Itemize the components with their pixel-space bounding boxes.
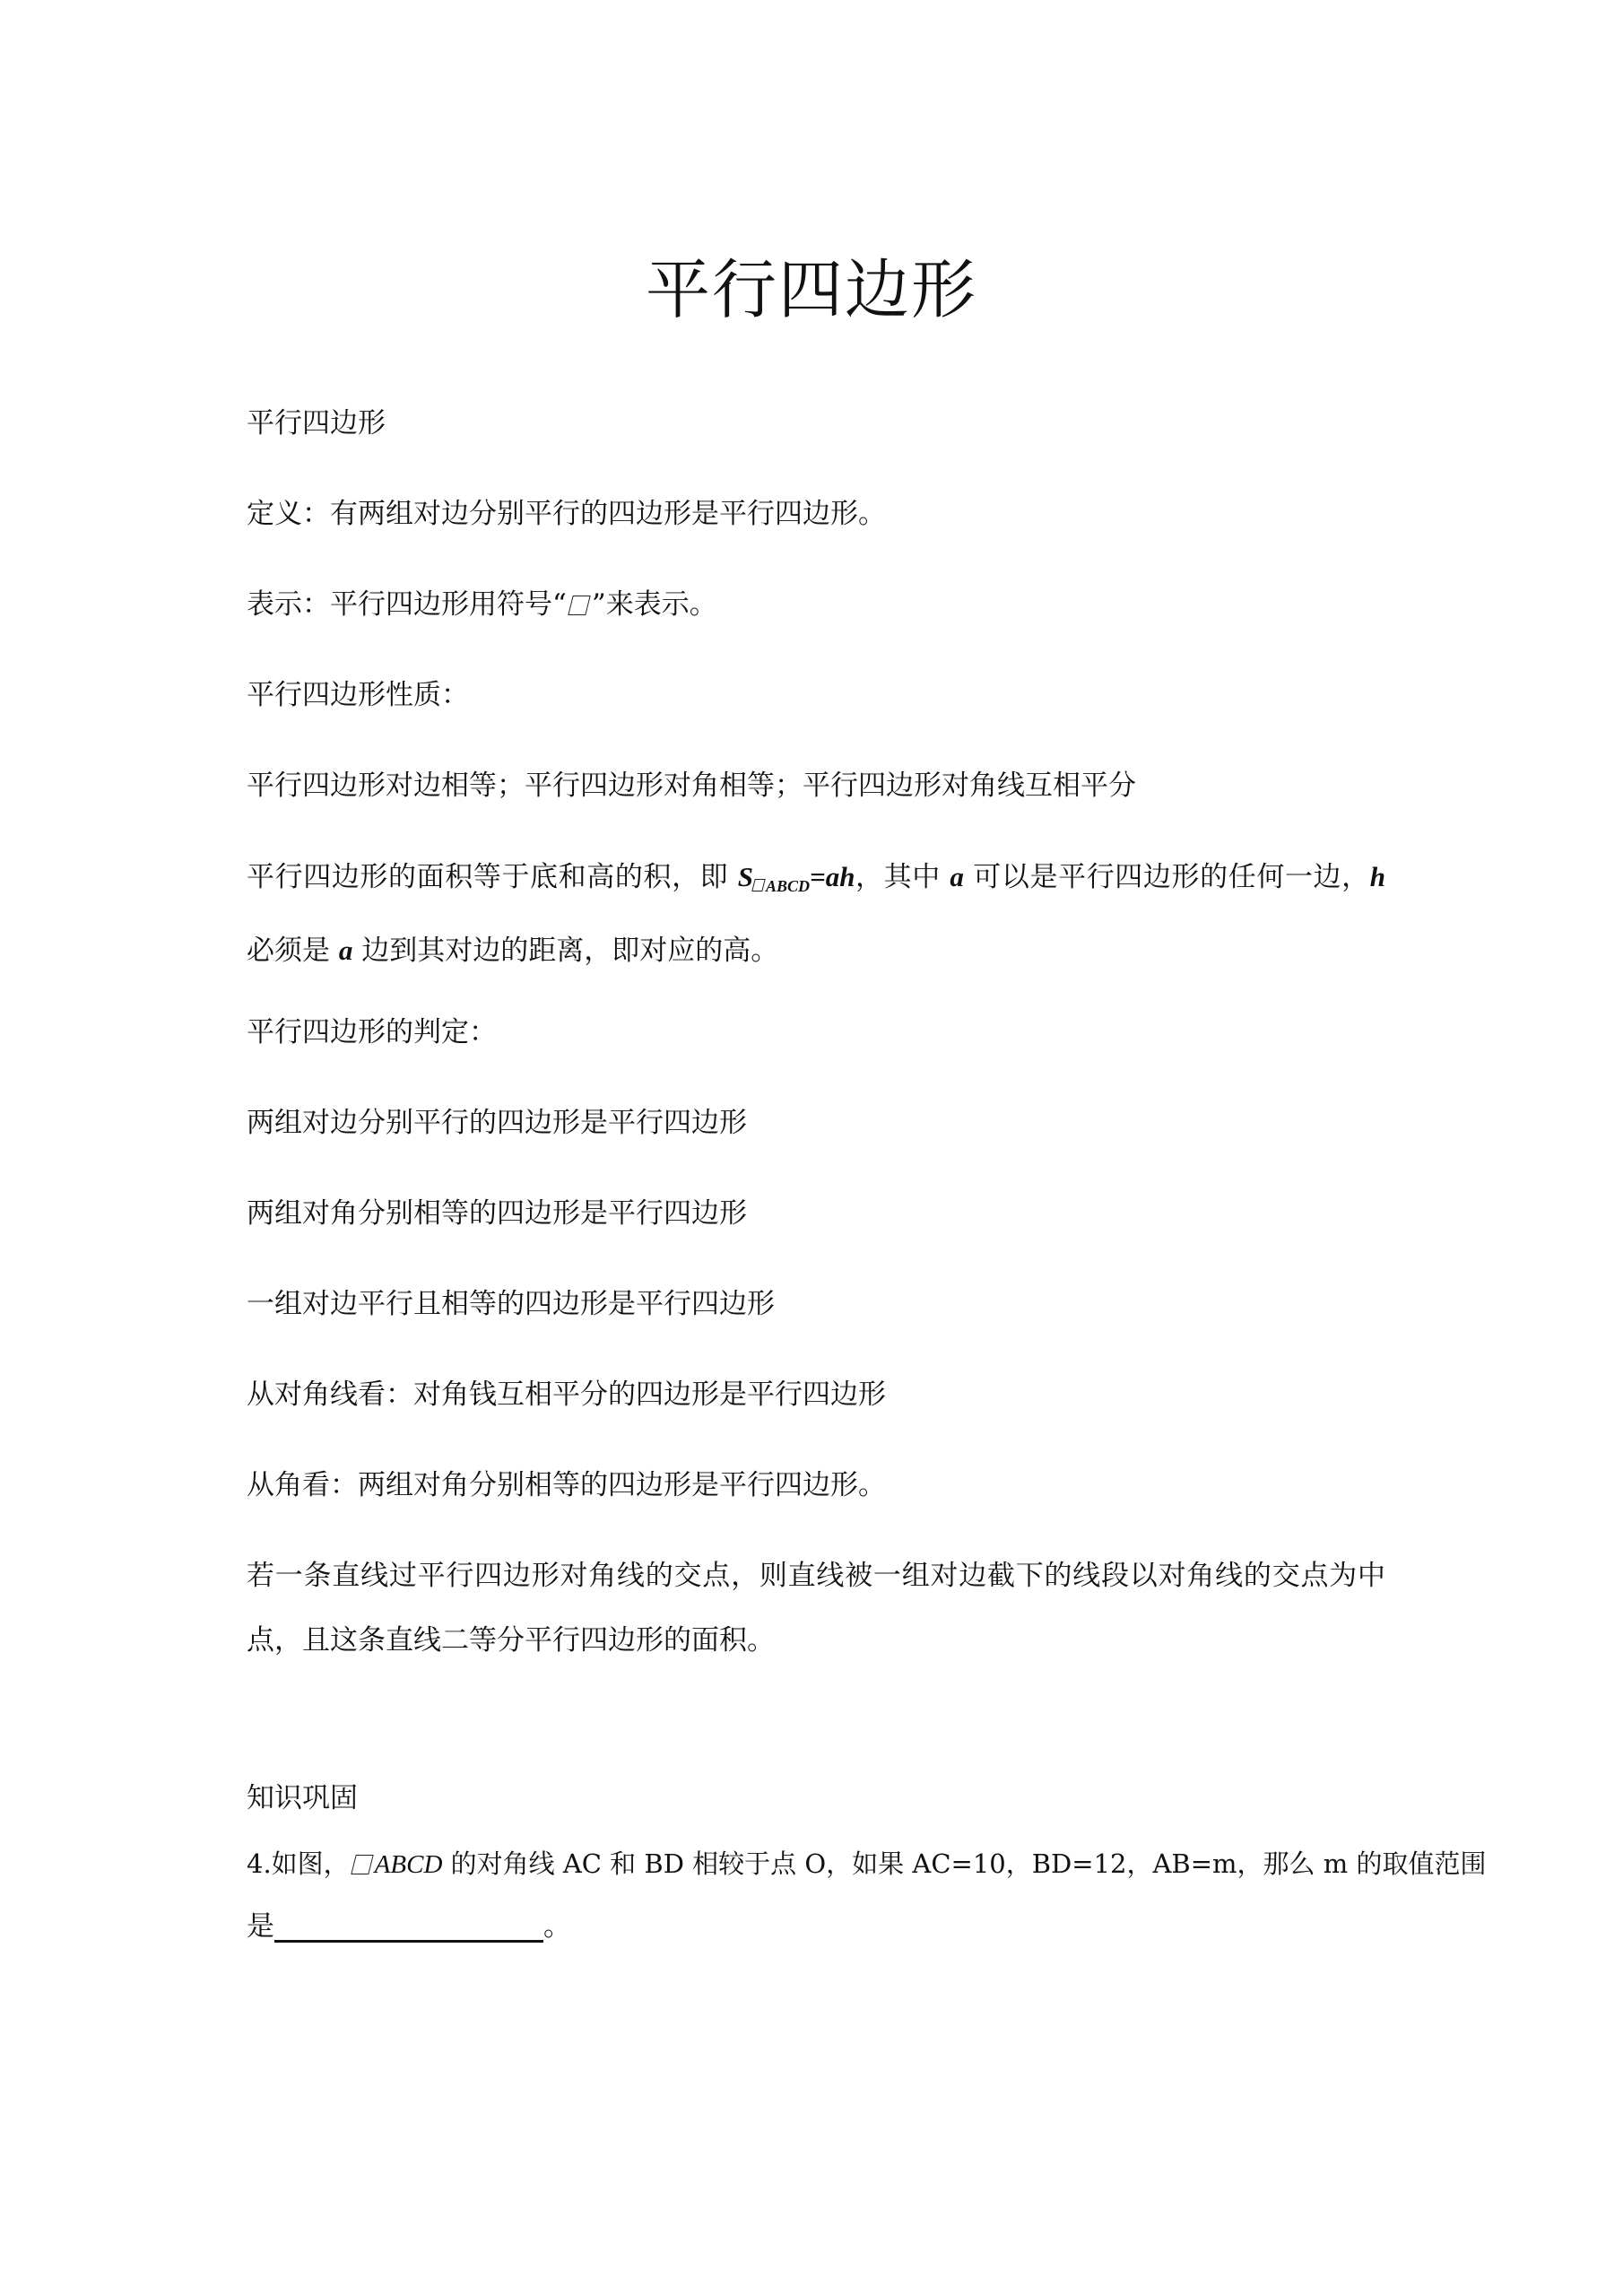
area-text-5: 边到其对边的距离，即对应的高。	[352, 935, 778, 967]
answer-blank[interactable]	[274, 1909, 543, 1943]
area-subscript: ABCD	[753, 877, 810, 895]
criteria-item: 两组对角分别相等的四边形是平行四边形	[247, 1196, 747, 1231]
notation-prefix: 表示：平行四边形用符号“	[247, 588, 567, 621]
exercise-answer-line: 是。	[247, 1909, 571, 1944]
area-formula-paragraph: 平行四边形的面积等于底和高的积，即 SABCD=ah，其中 a 可以是平行四边形…	[247, 845, 1385, 983]
criteria-item: 从角看：两组对角分别相等的四边形是平行四边形。	[247, 1467, 886, 1503]
notation-text: 表示：平行四边形用符号“”来表示。	[247, 587, 717, 622]
parallelogram-symbol-icon	[351, 1855, 373, 1874]
parallelogram-name: ABCD	[375, 1850, 443, 1879]
line-theorem-paragraph: 若一条直线过平行四边形对角线的交点，则直线被一组对边截下的线段以对角线的交点为中…	[247, 1544, 1385, 1673]
parallelogram-symbol-icon	[751, 879, 765, 891]
criteria-item: 一组对边平行且相等的四边形是平行四边形	[247, 1286, 775, 1322]
properties-text: 平行四边形对边相等；平行四边形对角相等；平行四边形对角线互相平分	[247, 768, 1136, 804]
exercise-number: 4.如图，	[247, 1848, 350, 1879]
properties-heading: 平行四边形性质：	[247, 677, 469, 713]
exercise-question: 4.如图，ABCD 的对角线 AC 和 BD 相较于点 O，如果 AC=10，B…	[247, 1846, 1486, 1883]
section-heading: 平行四边形	[247, 405, 386, 441]
criteria-item: 两组对边分别平行的四边形是平行四边形	[247, 1105, 747, 1141]
notation-suffix: ”来表示。	[592, 588, 717, 621]
var-a: a	[339, 935, 353, 966]
area-formula: =ah	[810, 861, 855, 892]
page-title: 平行四边形	[0, 249, 1623, 330]
definition-text: 定义：有两组对边分别平行的四边形是平行四边形。	[247, 496, 886, 532]
area-text-2: ，其中	[855, 861, 950, 893]
area-text-3: 可以是平行四边形的任何一边，	[964, 861, 1370, 893]
exercise-text: 的对角线 AC 和 BD 相较于点 O，如果 AC=10，BD=12，AB=m，…	[442, 1848, 1486, 1879]
area-text-4: 必须是	[247, 935, 339, 967]
var-a: a	[950, 861, 964, 892]
answer-prefix: 是	[247, 1910, 274, 1943]
criteria-heading: 平行四边形的判定：	[247, 1014, 497, 1050]
criteria-item: 从对角线看：对角钱互相平分的四边形是平行四边形	[247, 1377, 886, 1413]
parallelogram-symbol-icon	[568, 596, 590, 615]
area-subscript-label: ABCD	[766, 877, 810, 895]
var-h: h	[1370, 861, 1385, 892]
exercise-heading: 知识巩固	[247, 1780, 358, 1816]
answer-suffix: 。	[543, 1910, 571, 1943]
area-symbol-s: S	[738, 861, 753, 892]
area-text-1: 平行四边形的面积等于底和高的积，即	[247, 861, 738, 893]
